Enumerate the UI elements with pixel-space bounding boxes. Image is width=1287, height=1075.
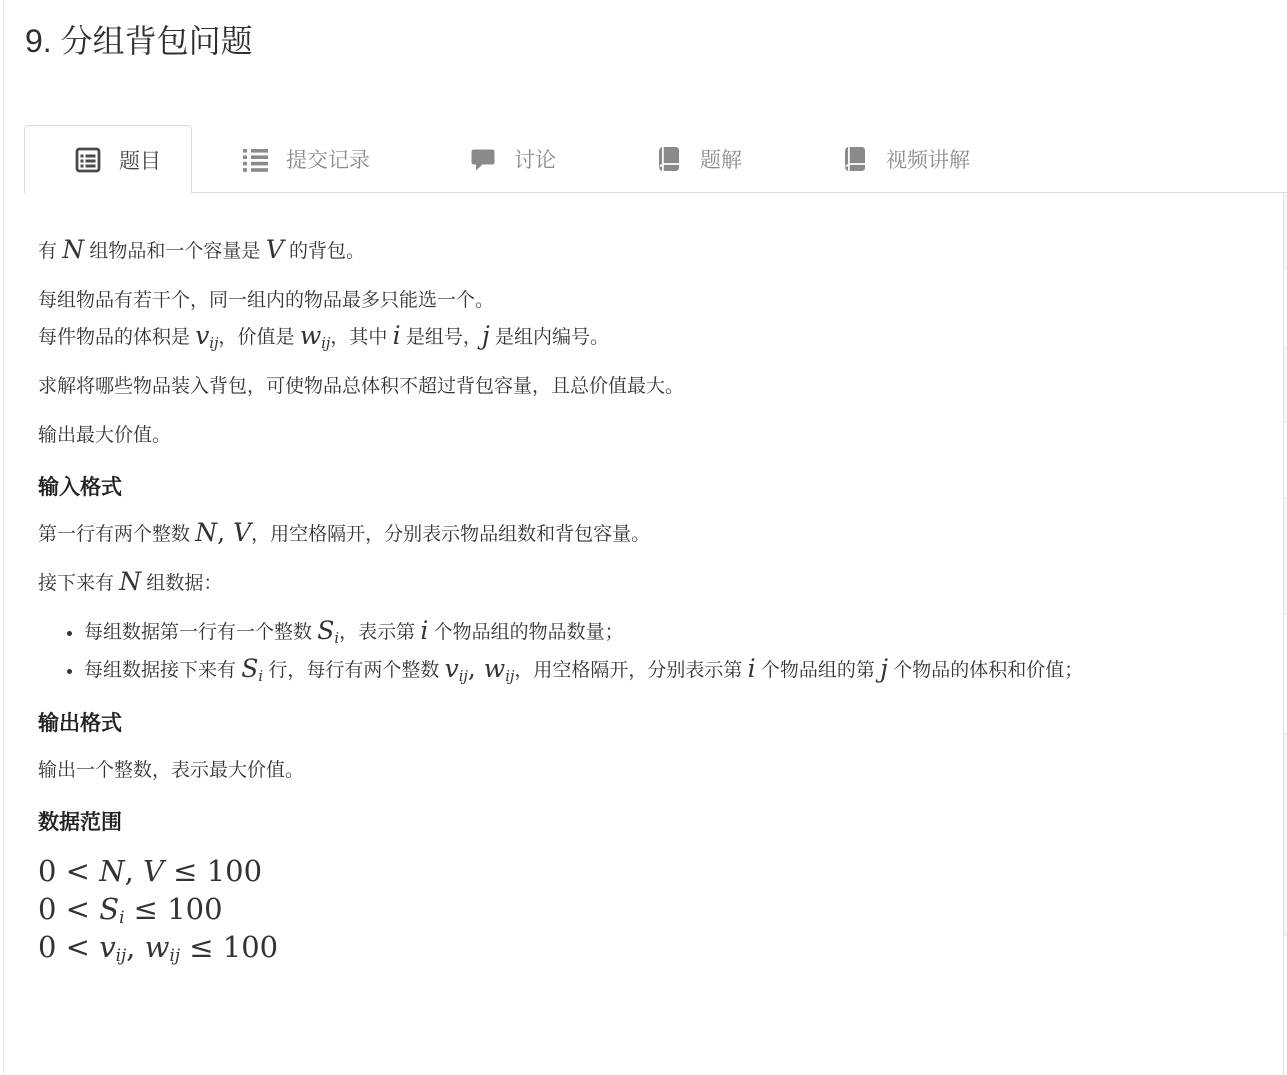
math-run: i [748, 654, 756, 683]
math-line: 0 < vij, wij ≤ 100 [38, 927, 1253, 965]
page-title: 9. 分组背包问题 [0, 0, 1287, 63]
text-run: ，其中 [330, 327, 392, 348]
text-run: 是组内编号。 [490, 327, 609, 348]
tab-label: 提交记录 [286, 144, 370, 174]
book-icon [656, 146, 682, 172]
math-run: , [217, 518, 233, 547]
math-run: j [482, 321, 490, 350]
text-run: ，用空格隔开，分别表示第 [514, 660, 747, 681]
problem-body: 有 N 组物品和一个容量是 V 的背包。每组物品有若干个，同一组内的物品最多只能… [0, 193, 1283, 1075]
text-run: 输出最大价值。 [38, 425, 171, 446]
tab-solutions[interactable]: 题解 [606, 125, 792, 192]
text-run: ，价值是 [219, 327, 300, 348]
math-run: 0 < [38, 930, 99, 964]
math-run: , [468, 654, 484, 683]
math-run: i [393, 321, 401, 350]
math-run: N [195, 518, 217, 547]
list-icon [242, 146, 268, 172]
tab-bar: 题目提交记录讨论题解视频讲解 [24, 125, 1287, 193]
section-heading: 输入格式 [38, 474, 1253, 502]
math-block: 0 < N, V ≤ 1000 < Si ≤ 1000 < vij, wij ≤… [38, 851, 1253, 965]
text-run: 组数据： [141, 573, 222, 594]
text-run: 接下来有 [38, 573, 119, 594]
section-heading: 数据范围 [38, 809, 1253, 837]
math-run: Si [241, 654, 263, 683]
text-run: 是组号， [401, 327, 482, 348]
math-run: ≤ 100 [124, 892, 222, 926]
problem-paragraph: 求解将哪些物品装入背包，可使物品总体积不超过背包容量，且总价值最大。 [38, 368, 1253, 405]
math-run: , [125, 854, 143, 888]
math-run: ≤ 100 [180, 930, 278, 964]
problem-paragraph: 第一行有两个整数 N, V，用空格隔开，分别表示物品组数和背包容量。 [38, 516, 1253, 553]
text-run: 行，每行有两个整数 [263, 660, 445, 681]
text-run: ，用空格隔开，分别表示物品组数和背包容量。 [251, 524, 650, 545]
text-run: 有 [38, 241, 62, 262]
math-run: vij [445, 654, 468, 683]
tab-submissions[interactable]: 提交记录 [192, 125, 420, 192]
text-run: 个物品组的第 [756, 660, 881, 681]
math-run: 0 < [38, 892, 99, 926]
tab-label: 讨论 [514, 144, 556, 174]
tab-label: 视频讲解 [886, 144, 970, 174]
math-run: vij [195, 321, 218, 350]
math-run: 0 < [38, 854, 99, 888]
math-line: 0 < N, V ≤ 100 [38, 851, 1253, 889]
text-run: 每件物品的体积是 [38, 327, 195, 348]
tab-problem[interactable]: 题目 [24, 125, 192, 193]
text-run: 第一行有两个整数 [38, 524, 195, 545]
math-run: ≤ 100 [164, 854, 262, 888]
problem-paragraph: 输出最大价值。 [38, 417, 1253, 454]
bullet-item: 每组数据第一行有一个整数 Si，表示第 i 个物品组的物品数量； [84, 614, 1253, 652]
math-line: 0 < Si ≤ 100 [38, 889, 1253, 927]
text-run: 组物品和一个容量是 [84, 241, 266, 262]
text-run: 输出一个整数，表示最大价值。 [38, 760, 304, 781]
text-run: 每组数据第一行有一个整数 [84, 622, 317, 643]
text-run: 个物品组的物品数量； [428, 622, 623, 643]
text-run: 个物品的体积和价值； [888, 660, 1083, 681]
math-run: V [266, 235, 284, 264]
comment-icon [470, 146, 496, 172]
text-run: 求解将哪些物品装入背包，可使物品总体积不超过背包容量，且总价值最大。 [38, 376, 684, 397]
math-run: N [99, 854, 124, 888]
section-heading: 输出格式 [38, 710, 1253, 738]
problem-paragraph: 有 N 组物品和一个容量是 V 的背包。 [38, 233, 1253, 270]
math-run: wij [300, 321, 331, 350]
book-icon [842, 146, 868, 172]
text-run: ，表示第 [339, 622, 420, 643]
text-run: 的背包。 [284, 241, 365, 262]
math-run: wij [484, 654, 515, 683]
math-run: V [143, 854, 164, 888]
math-run: , [126, 930, 144, 964]
math-run: wij [145, 930, 180, 964]
math-run: Si [99, 892, 124, 926]
problem-paragraph: 输出一个整数，表示最大价值。 [38, 752, 1253, 789]
math-run: N [119, 567, 141, 596]
text-run: 每组物品有若干个，同一组内的物品最多只能选一个。 [38, 290, 494, 311]
bullet-list: 每组数据第一行有一个整数 Si，表示第 i 个物品组的物品数量；每组数据接下来有… [38, 614, 1253, 690]
tab-label: 题目 [119, 145, 161, 175]
math-run: V [233, 518, 251, 547]
tab-label: 题解 [700, 144, 742, 174]
list-alt-icon [75, 147, 101, 173]
math-run: vij [99, 930, 126, 964]
text-run: 每组数据接下来有 [84, 660, 241, 681]
tab-discussion[interactable]: 讨论 [420, 125, 606, 192]
math-run: N [62, 235, 84, 264]
problem-paragraph: 每组物品有若干个，同一组内的物品最多只能选一个。每件物品的体积是 vij，价值是… [38, 282, 1253, 356]
math-run: Si [317, 616, 339, 645]
bullet-item: 每组数据接下来有 Si 行，每行有两个整数 vij, wij，用空格隔开，分别表… [84, 652, 1253, 690]
math-run: j [880, 654, 888, 683]
tab-video[interactable]: 视频讲解 [792, 125, 1020, 192]
problem-paragraph: 接下来有 N 组数据： [38, 565, 1253, 602]
